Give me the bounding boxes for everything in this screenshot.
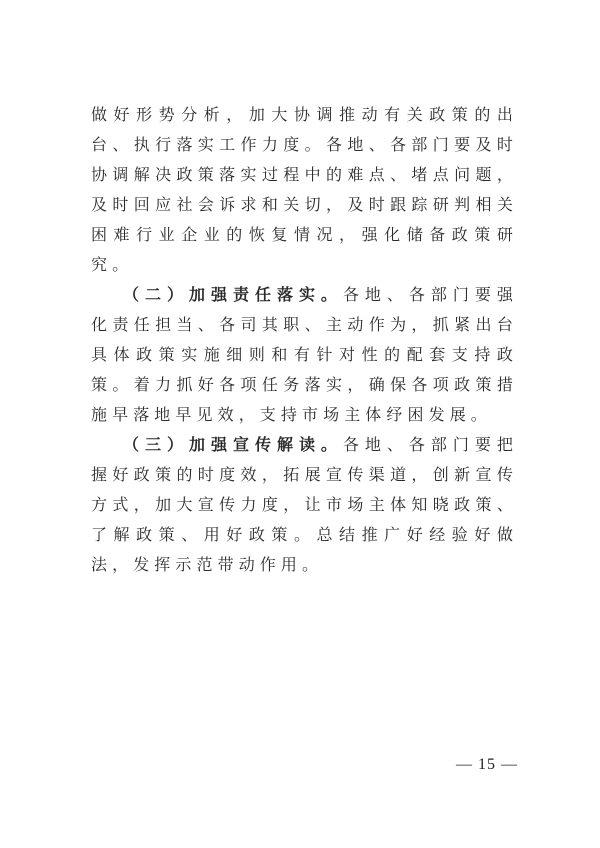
document-body: 做好形势分析，加大协调推动有关政策的出台、执行落实工作力度。各地、各部门要及时协… bbox=[91, 100, 518, 580]
paragraph-text: 各地、各部门要强化责任担当、各司其职、主动作为，抓紧出台具体政策实施细则和有针对… bbox=[91, 285, 518, 424]
page-number: — 15 — bbox=[456, 756, 518, 774]
document-page: 做好形势分析，加大协调推动有关政策的出台、执行落实工作力度。各地、各部门要及时协… bbox=[0, 0, 600, 848]
section-heading: （三）加强宣传解读。 bbox=[123, 435, 343, 454]
paragraph-publicity: （三）加强宣传解读。各地、各部门要把握好政策的时度效，拓展宣传渠道，创新宣传方式… bbox=[91, 430, 518, 580]
section-heading: （二）加强责任落实。 bbox=[123, 285, 343, 304]
paragraph-text: 各地、各部门要把握好政策的时度效，拓展宣传渠道，创新宣传方式，加大宣传力度，让市… bbox=[91, 435, 518, 574]
paragraph-responsibility: （二）加强责任落实。各地、各部门要强化责任担当、各司其职、主动作为，抓紧出台具体… bbox=[91, 280, 518, 430]
paragraph-text: 做好形势分析，加大协调推动有关政策的出台、执行落实工作力度。各地、各部门要及时协… bbox=[91, 105, 518, 274]
paragraph-continuation: 做好形势分析，加大协调推动有关政策的出台、执行落实工作力度。各地、各部门要及时协… bbox=[91, 100, 518, 280]
